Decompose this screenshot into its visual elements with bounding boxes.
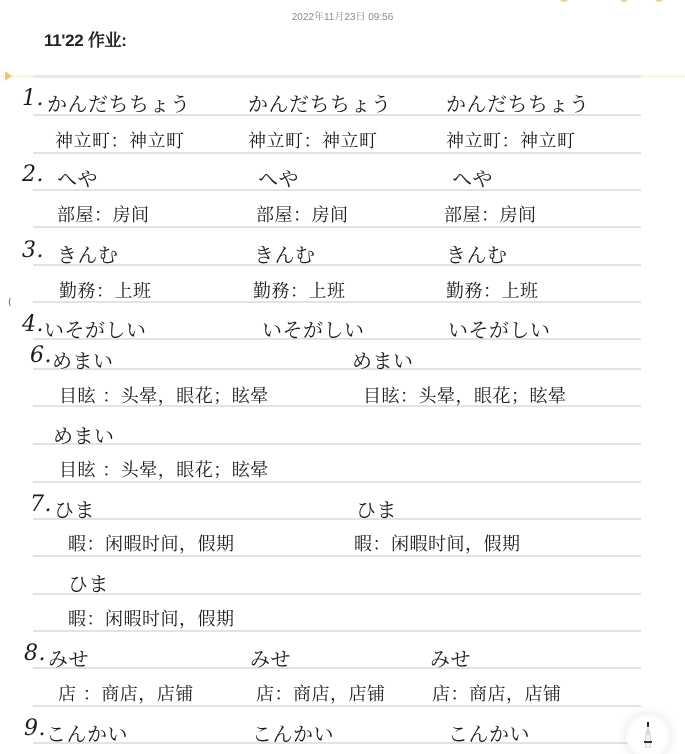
entry-number: 6. — [30, 343, 52, 368]
toolbar-dot — [620, 0, 628, 2]
entry-number: 1. — [22, 86, 44, 111]
note-title[interactable]: 11'22 作业: — [44, 26, 127, 51]
stray-mark: ( — [8, 298, 12, 308]
toolbar-dot — [560, 0, 568, 2]
entry-number: 4. — [22, 312, 44, 337]
handwritten-reading: こんかい — [448, 718, 530, 747]
handwritten-meaning: 目眩 ：头晕，眼花；眩晕 — [59, 456, 269, 482]
handwritten-meaning: 店：商店，店铺 — [256, 680, 386, 706]
handwritten-reading: ひま — [68, 568, 109, 597]
ruled-line — [33, 593, 641, 595]
pencil-tool-button[interactable] — [626, 714, 670, 754]
entry-number: 3. — [22, 238, 44, 263]
handwritten-reading: きんむ — [254, 239, 316, 268]
handwritten-reading: きんむ — [446, 239, 508, 268]
handwritten-reading: きんむ — [57, 239, 119, 268]
handwritten-reading: こんかい — [46, 718, 128, 747]
top-toolbar-hint — [560, 0, 670, 4]
ruled-line — [33, 518, 641, 520]
handwritten-reading: かんだちちょう — [446, 88, 590, 117]
entry-number: 2. — [22, 162, 44, 187]
toolbar-dot — [655, 0, 663, 2]
title-separator — [0, 75, 685, 78]
entry-number: 8. — [24, 641, 46, 666]
handwritten-reading: いそがしい — [262, 314, 365, 343]
handwritten-reading: みせ — [250, 643, 291, 672]
handwritten-reading: めまい — [352, 345, 414, 374]
handwritten-reading: へや — [258, 163, 299, 192]
handwritten-reading: へや — [57, 163, 98, 192]
handwritten-meaning: 勤務：上班 — [253, 277, 346, 303]
handwritten-meaning: 目眩：头晕，眼花；眩晕 — [363, 382, 567, 408]
handwritten-meaning: 部屋：房间 — [57, 201, 150, 227]
handwritten-meaning: 暇：闲暇时间，假期 — [354, 530, 521, 556]
handwritten-reading: みせ — [430, 643, 471, 672]
handwritten-meaning: 暇：闲暇时间，假期 — [68, 530, 235, 556]
handwritten-meaning: 店 ：商店，店铺 — [58, 680, 194, 706]
handwritten-reading: こんかい — [252, 718, 334, 747]
handwritten-reading: へや — [452, 163, 493, 192]
ruled-line — [33, 667, 641, 669]
handwritten-meaning: 勤務：上班 — [446, 277, 539, 303]
handwritten-meaning: 店：商店，店铺 — [432, 680, 562, 706]
handwritten-meaning: 神立町：神立町 — [55, 127, 185, 153]
handwritten-reading: みせ — [48, 643, 89, 672]
note-timestamp: 2022年11月23日 09:56 — [0, 8, 685, 23]
ruled-line — [33, 189, 641, 191]
handwritten-meaning: 神立町：神立町 — [248, 127, 378, 153]
separator-marker-icon — [5, 71, 12, 81]
handwritten-reading: ひま — [54, 494, 95, 523]
handwritten-meaning: 目眩 ：头晕，眼花；眩晕 — [59, 382, 269, 408]
handwritten-reading: かんだちちょう — [47, 88, 191, 117]
handwritten-reading: ひま — [356, 494, 397, 523]
handwritten-meaning: 勤務：上班 — [59, 277, 152, 303]
ruled-line — [33, 264, 641, 266]
handwritten-reading: めまい — [53, 420, 115, 449]
entry-number: 7. — [30, 492, 52, 517]
handwritten-reading: めまい — [52, 345, 114, 374]
handwritten-reading: いそがしい — [44, 314, 147, 343]
handwritten-meaning: 神立町：神立町 — [446, 127, 576, 153]
ruled-line — [33, 443, 641, 445]
handwritten-meaning: 部屋：房间 — [256, 201, 349, 227]
entry-number: 9. — [24, 716, 46, 741]
ruled-line — [33, 368, 641, 370]
handwritten-reading: いそがしい — [448, 314, 551, 343]
handwritten-reading: かんだちちょう — [248, 88, 392, 117]
pencil-icon — [645, 722, 651, 748]
handwritten-meaning: 部屋：房间 — [444, 201, 537, 227]
handwritten-meaning: 暇：闲暇时间，假期 — [68, 605, 235, 631]
